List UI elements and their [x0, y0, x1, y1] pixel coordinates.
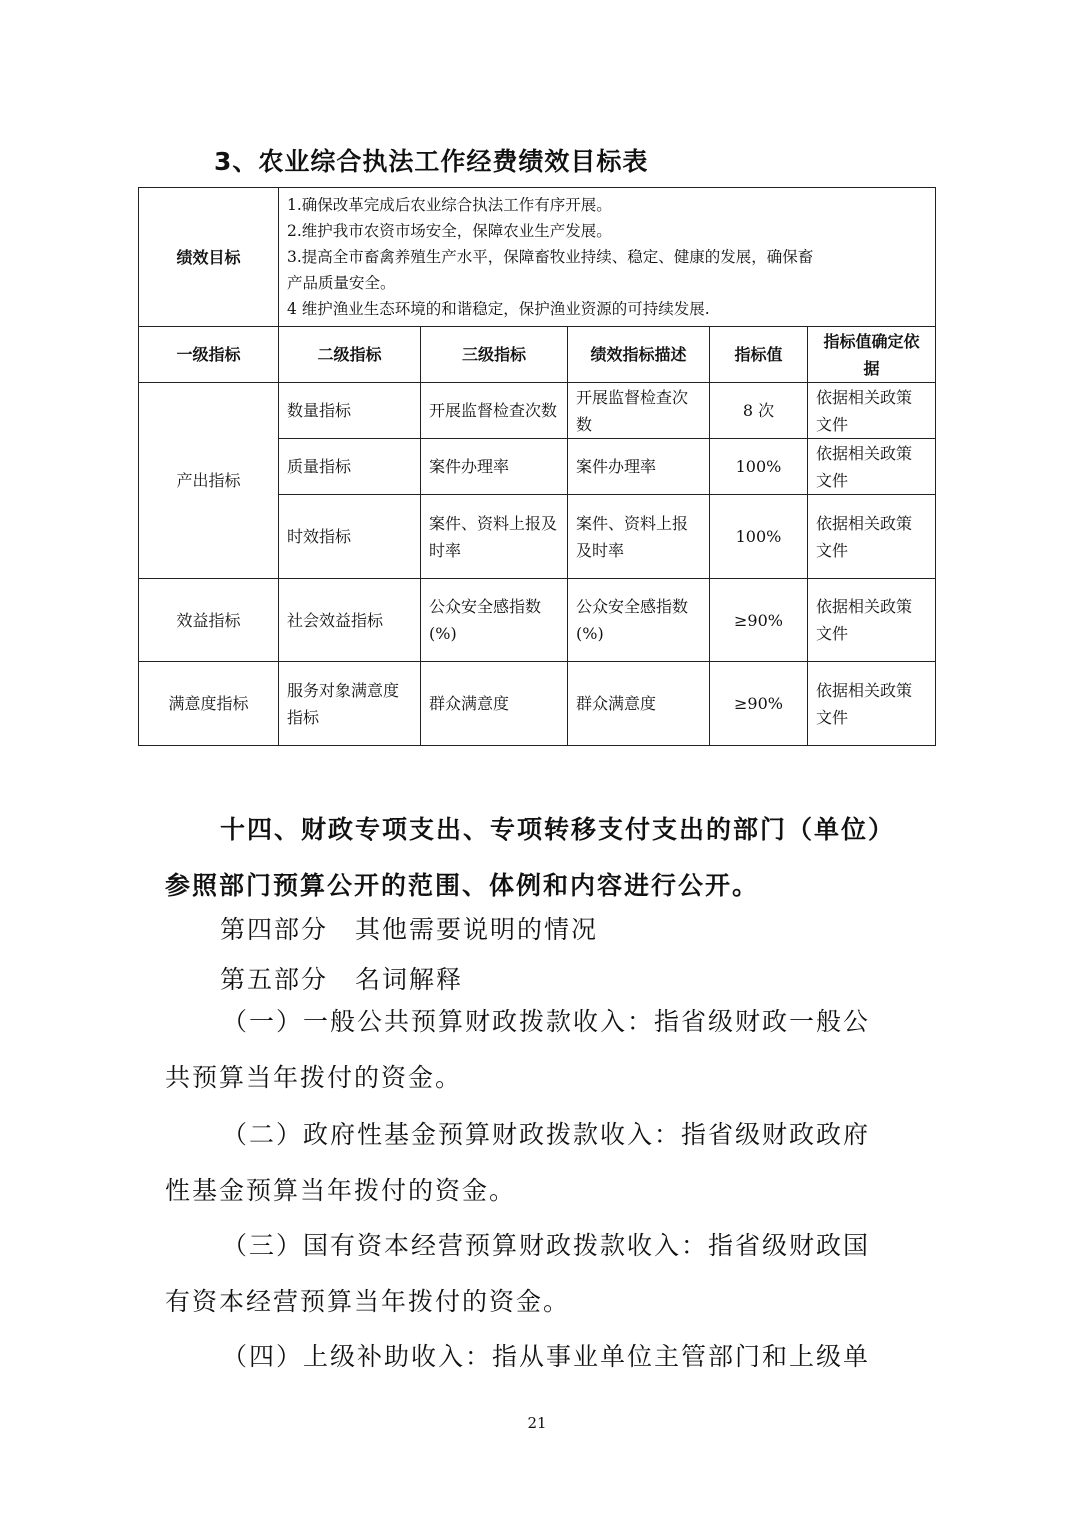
col-header: 三级指标: [421, 327, 568, 383]
goal-item: 2.维护我市农资市场安全，保障农业生产发展。: [287, 218, 927, 244]
desc-cell: 案件办理率: [568, 439, 710, 495]
part-5-heading: 第五部分 名词解释: [220, 960, 970, 996]
part-4-heading: 第四部分 其他需要说明的情况: [220, 910, 970, 946]
goal-item: 产品质量安全。: [287, 270, 927, 296]
goal-item: 4 维护渔业生态环境的和谐稳定，保护渔业资源的可持续发展.: [287, 296, 927, 322]
definition-3-line1: （三）国有资本经营预算财政拨款收入：指省级财政国: [222, 1226, 972, 1262]
level2-cell: 时效指标: [279, 495, 421, 579]
col-header: 指标值确定依据: [808, 327, 936, 383]
table-row: 产出指标 数量指标 开展监督检查次数 开展监督检查次数 8 次 依据相关政策文件: [139, 383, 936, 439]
col-header: 指标值: [710, 327, 808, 383]
section-14-line2: 参照部门预算公开的范围、体例和内容进行公开。: [165, 866, 915, 902]
goal-item: 1.确保改革完成后农业综合执法工作有序开展。: [287, 192, 927, 218]
definition-1-line1: （一）一般公共预算财政拨款收入：指省级财政一般公: [222, 1002, 972, 1038]
level3-cell: 案件、资料上报及时率: [421, 495, 568, 579]
level3-cell: 开展监督检查次数: [421, 383, 568, 439]
value-cell: ≥90%: [710, 662, 808, 746]
basis-cell: 依据相关政策文件: [808, 439, 936, 495]
value-cell: 100%: [710, 495, 808, 579]
level2-cell: 服务对象满意度指标: [279, 662, 421, 746]
value-cell: ≥90%: [710, 579, 808, 662]
level1-cell: 效益指标: [139, 579, 279, 662]
desc-cell: 群众满意度: [568, 662, 710, 746]
level1-cell: 产出指标: [139, 383, 279, 579]
col-header: 一级指标: [139, 327, 279, 383]
desc-cell: 公众安全感指数(%): [568, 579, 710, 662]
level2-cell: 社会效益指标: [279, 579, 421, 662]
definition-2-line2: 性基金预算当年拨付的资金。: [165, 1171, 915, 1207]
level1-cell: 满意度指标: [139, 662, 279, 746]
level3-cell: 群众满意度: [421, 662, 568, 746]
table-title: 3、农业综合执法工作经费绩效目标表: [214, 142, 648, 178]
level3-cell: 案件办理率: [421, 439, 568, 495]
definition-1-line2: 共预算当年拨付的资金。: [165, 1058, 915, 1094]
table-row: 满意度指标 服务对象满意度指标 群众满意度 群众满意度 ≥90% 依据相关政策文…: [139, 662, 936, 746]
goal-item: 3.提高全市畜禽养殖生产水平，保障畜牧业持续、稳定、健康的发展，确保畜: [287, 244, 927, 270]
definition-3-line2: 有资本经营预算当年拨付的资金。: [165, 1282, 915, 1318]
basis-cell: 依据相关政策文件: [808, 662, 936, 746]
value-cell: 100%: [710, 439, 808, 495]
basis-cell: 依据相关政策文件: [808, 495, 936, 579]
table-row: 效益指标 社会效益指标 公众安全感指数(%) 公众安全感指数(%) ≥90% 依…: [139, 579, 936, 662]
goal-row: 绩效目标 1.确保改革完成后农业综合执法工作有序开展。 2.维护我市农资市场安全…: [139, 188, 936, 327]
desc-cell: 案件、资料上报及时率: [568, 495, 710, 579]
level3-cell: 公众安全感指数(%): [421, 579, 568, 662]
level2-cell: 数量指标: [279, 383, 421, 439]
goal-label: 绩效目标: [139, 188, 279, 327]
col-header: 二级指标: [279, 327, 421, 383]
basis-cell: 依据相关政策文件: [808, 383, 936, 439]
value-cell: 8 次: [710, 383, 808, 439]
performance-target-table: 绩效目标 1.确保改革完成后农业综合执法工作有序开展。 2.维护我市农资市场安全…: [138, 187, 936, 746]
level2-cell: 质量指标: [279, 439, 421, 495]
definition-4-line1: （四）上级补助收入：指从事业单位主管部门和上级单: [222, 1337, 972, 1373]
header-row: 一级指标 二级指标 三级指标 绩效指标描述 指标值 指标值确定依据: [139, 327, 936, 383]
desc-cell: 开展监督检查次数: [568, 383, 710, 439]
page-number: 21: [0, 1414, 1074, 1432]
section-14-line1: 十四、财政专项支出、专项转移支付支出的部门（单位）: [220, 810, 970, 846]
basis-cell: 依据相关政策文件: [808, 579, 936, 662]
goal-content: 1.确保改革完成后农业综合执法工作有序开展。 2.维护我市农资市场安全，保障农业…: [279, 188, 936, 327]
col-header: 绩效指标描述: [568, 327, 710, 383]
definition-2-line1: （二）政府性基金预算财政拨款收入：指省级财政政府: [222, 1115, 972, 1151]
